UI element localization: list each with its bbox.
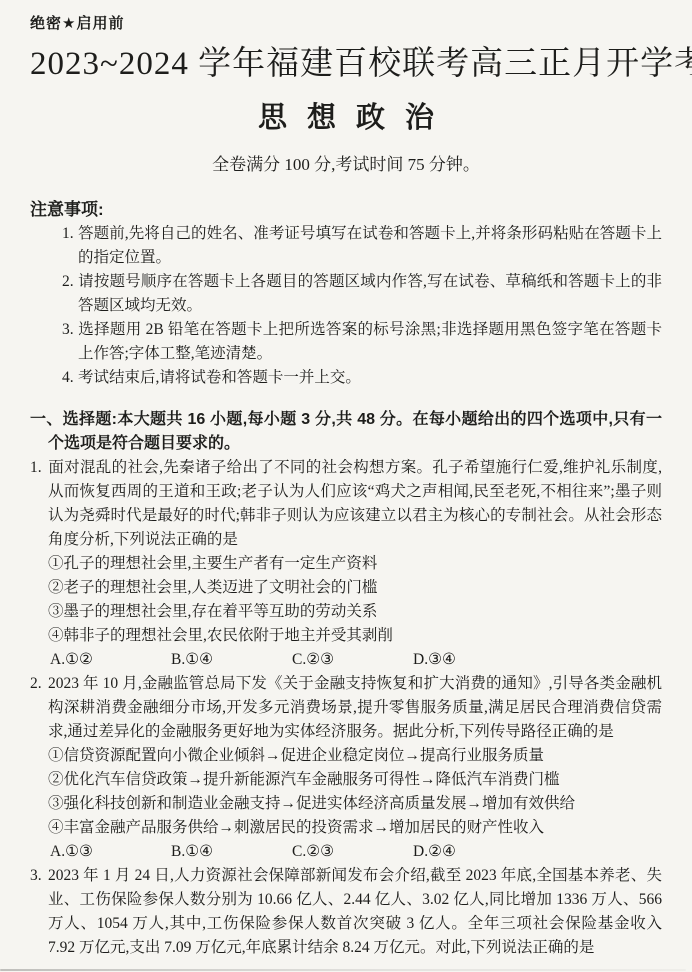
option-d: D.③④ <box>413 648 456 672</box>
notice-item-number: 2. <box>62 270 78 294</box>
question-statement-3: ③强化科技创新和制造业金融支持→促进实体经济高质量发展→增加有效供给 <box>30 792 662 816</box>
option-c: C.②③ <box>292 648 413 672</box>
question-stem-text: 面对混乱的社会,先秦诸子给出了不同的社会构想方案。孔子希望施行仁爱,维护礼乐制度… <box>48 459 662 548</box>
question-statement-2: ②优化汽车信贷政策→提升新能源汽车金融服务可得性→降低汽车消费门槛 <box>30 768 662 792</box>
question-2: 2.2023 年 10 月,金融监管总局下发《关于金融支持恢复和扩大消费的通知》… <box>30 672 662 864</box>
option-b: B.①④ <box>171 840 292 864</box>
question-statement-1: ①信贷资源配置向小微企业倾斜→促进企业稳定岗位→提高行业服务质量 <box>30 744 662 768</box>
options-row: A.①③ B.①④ C.②③ D.②④ <box>30 840 662 864</box>
notice-item-2: 2.请按题号顺序在答题卡上各题目的答题区域内作答,写在试卷、草稿纸和答题卡上的非… <box>30 270 662 318</box>
question-3: 3.2023 年 1 月 24 日,人力资源社会保障部新闻发布会介绍,截至 20… <box>30 864 662 960</box>
question-number: 1. <box>30 456 48 480</box>
notice-item-1: 1.答题前,先将自己的姓名、准考证号填写在试卷和答题卡上,并将条形码粘贴在答题卡… <box>30 222 662 270</box>
question-statement-4: ④丰富金融产品服务供给→刺激居民的投资需求→增加居民的财产性收入 <box>30 816 662 840</box>
notice-section: 注意事项: 1.答题前,先将自己的姓名、准考证号填写在试卷和答题卡上,并将条形码… <box>30 197 662 390</box>
question-stem: 1.面对混乱的社会,先秦诸子给出了不同的社会构想方案。孔子希望施行仁爱,维护礼乐… <box>30 456 662 552</box>
question-statement-1: ①孔子的理想社会里,主要生产者有一定生产资料 <box>30 552 662 576</box>
question-number: 3. <box>30 864 48 888</box>
subject-title: 思想政治 <box>30 99 662 138</box>
notice-item-text: 选择题用 2B 铅笔在答题卡上把所选答案的标号涂黑;非选择题用黑色签字笔在答题卡… <box>78 321 662 362</box>
notice-item-3: 3.选择题用 2B 铅笔在答题卡上把所选答案的标号涂黑;非选择题用黑色签字笔在答… <box>30 318 662 366</box>
option-c: C.②③ <box>292 840 413 864</box>
notice-item-text: 考试结束后,请将试卷和答题卡一并上交。 <box>78 369 361 386</box>
option-a: A.①③ <box>50 840 171 864</box>
notice-item-number: 1. <box>62 222 78 246</box>
question-stem: 3.2023 年 1 月 24 日,人力资源社会保障部新闻发布会介绍,截至 20… <box>30 864 662 960</box>
exam-info-line: 全卷满分 100 分,考试时间 75 分钟。 <box>30 153 662 177</box>
notice-item-text: 答题前,先将自己的姓名、准考证号填写在试卷和答题卡上,并将条形码粘贴在答题卡上的… <box>78 225 662 266</box>
section-heading: 一、选择题:本大题共 16 小题,每小题 3 分,共 48 分。在每小题给出的四… <box>30 408 662 456</box>
option-d: D.②④ <box>413 840 456 864</box>
exam-paper-page: 绝密★启用前 2023~2024 学年福建百校联考高三正月开学考 思想政治 全卷… <box>0 0 692 960</box>
notice-item-number: 4. <box>62 366 78 390</box>
notice-heading: 注意事项: <box>30 197 662 222</box>
options-row: A.①② B.①④ C.②③ D.③④ <box>30 648 662 672</box>
secrecy-label: 绝密★启用前 <box>30 14 662 33</box>
notice-item-4: 4.考试结束后,请将试卷和答题卡一并上交。 <box>30 366 662 390</box>
question-statement-2: ②老子的理想社会里,人类迈进了文明社会的门槛 <box>30 576 662 600</box>
option-a: A.①② <box>50 648 171 672</box>
question-stem-text: 2023 年 1 月 24 日,人力资源社会保障部新闻发布会介绍,截至 2023… <box>48 867 662 956</box>
question-statement-4: ④韩非子的理想社会里,农民依附于地主并受其剥削 <box>30 624 662 648</box>
option-b: B.①④ <box>171 648 292 672</box>
scan-edge-artifact <box>0 969 686 971</box>
question-stem-text: 2023 年 10 月,金融监管总局下发《关于金融支持恢复和扩大消费的通知》,引… <box>48 675 662 740</box>
question-1: 1.面对混乱的社会,先秦诸子给出了不同的社会构想方案。孔子希望施行仁爱,维护礼乐… <box>30 456 662 672</box>
exam-title: 2023~2024 学年福建百校联考高三正月开学考 <box>30 43 662 86</box>
notice-item-text: 请按题号顺序在答题卡上各题目的答题区域内作答,写在试卷、草稿纸和答题卡上的非答题… <box>78 273 662 314</box>
question-statement-3: ③墨子的理想社会里,存在着平等互助的劳动关系 <box>30 600 662 624</box>
question-number: 2. <box>30 672 48 696</box>
notice-item-number: 3. <box>62 318 78 342</box>
question-stem: 2.2023 年 10 月,金融监管总局下发《关于金融支持恢复和扩大消费的通知》… <box>30 672 662 744</box>
